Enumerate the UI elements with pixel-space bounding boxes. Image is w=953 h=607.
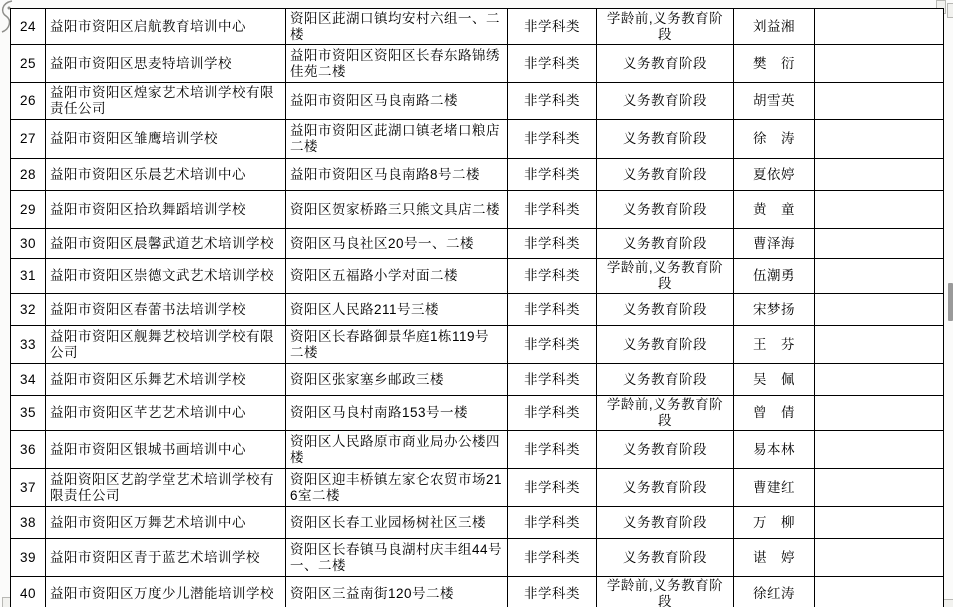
cell-address: 资阳区迎丰桥镇左家仑农贸市场216室二楼	[286, 469, 508, 507]
cell-category: 非学科类	[508, 191, 597, 229]
cell-education-stage: 义务教育阶段	[597, 364, 734, 396]
cell-note	[815, 9, 944, 45]
cell-institution-name: 益阳市资阳区舰舞艺校培训学校有限公司	[46, 326, 286, 364]
cell-address: 资阳区长春镇马良湖村庆丰组44号一、二楼	[286, 539, 508, 577]
cell-row-number: 27	[11, 120, 46, 159]
cell-person-name: 樊 衍	[734, 45, 815, 83]
cell-address: 资阳区长春工业园杨树社区三楼	[286, 507, 508, 539]
cell-category: 非学科类	[508, 507, 597, 539]
cell-education-stage: 义务教育阶段	[597, 159, 734, 191]
training-institutions-table: 24 益阳市资阳区启航教育培训中心 资阳区茈湖口镇均安村六组一、二楼 非学科类 …	[10, 8, 944, 607]
cell-row-number: 35	[11, 396, 46, 431]
cell-row-number: 24	[11, 9, 46, 45]
table-row: 29 益阳市资阳区拾玖舞蹈培训学校 资阳区贺家桥路三只熊文具店二楼 非学科类 义…	[11, 191, 944, 229]
table-row: 24 益阳市资阳区启航教育培训中心 资阳区茈湖口镇均安村六组一、二楼 非学科类 …	[11, 9, 944, 45]
cell-person-name: 胡雪英	[734, 83, 815, 120]
cell-address: 益阳市资阳区马良南路二楼	[286, 83, 508, 120]
cell-education-stage: 义务教育阶段	[597, 120, 734, 159]
cell-category: 非学科类	[508, 159, 597, 191]
cell-note	[815, 469, 944, 507]
table-row: 37 益阳资阳区艺韵学堂艺术培训学校有限责任公司 资阳区迎丰桥镇左家仑农贸市场2…	[11, 469, 944, 507]
cell-note	[815, 539, 944, 577]
cell-education-stage: 学龄前,义务教育阶段	[597, 396, 734, 431]
table-row: 35 益阳市资阳区芊艺艺术培训中心 资阳区马良村南路153号一楼 非学科类 学龄…	[11, 396, 944, 431]
cell-row-number: 33	[11, 326, 46, 364]
cell-education-stage: 义务教育阶段	[597, 191, 734, 229]
cell-category: 非学科类	[508, 539, 597, 577]
cell-institution-name: 益阳市资阳区万度少儿潜能培训学校	[46, 577, 286, 607]
cell-institution-name: 益阳市资阳区思麦特培训学校	[46, 45, 286, 83]
cell-education-stage: 义务教育阶段	[597, 45, 734, 83]
cell-education-stage: 学龄前,义务教育阶段	[597, 577, 734, 607]
cell-person-name: 王 芬	[734, 326, 815, 364]
document-page: 24 益阳市资阳区启航教育培训中心 资阳区茈湖口镇均安村六组一、二楼 非学科类 …	[0, 0, 953, 607]
table-row: 32 益阳市资阳区春蕾书法培训学校 资阳区人民路211号三楼 非学科类 义务教育…	[11, 294, 944, 326]
cell-education-stage: 学龄前,义务教育阶段	[597, 259, 734, 294]
cell-address: 资阳区马良村南路153号一楼	[286, 396, 508, 431]
cell-note	[815, 294, 944, 326]
cell-row-number: 32	[11, 294, 46, 326]
cell-address: 资阳区人民路211号三楼	[286, 294, 508, 326]
table-row: 30 益阳市资阳区晨馨武道艺术培训学校 资阳区马良社区20号一、二楼 非学科类 …	[11, 229, 944, 259]
cell-institution-name: 益阳市资阳区万舞艺术培训中心	[46, 507, 286, 539]
cell-note	[815, 83, 944, 120]
cell-note	[815, 45, 944, 83]
cell-person-name: 万 柳	[734, 507, 815, 539]
cell-address: 资阳区长春路御景华庭1栋119号二楼	[286, 326, 508, 364]
cell-education-stage: 义务教育阶段	[597, 294, 734, 326]
cell-row-number: 36	[11, 431, 46, 469]
cell-education-stage: 义务教育阶段	[597, 83, 734, 120]
cell-row-number: 26	[11, 83, 46, 120]
table-row: 34 益阳市资阳区乐舞艺术培训学校 资阳区张家塞乡邮政三楼 非学科类 义务教育阶…	[11, 364, 944, 396]
cell-note	[815, 364, 944, 396]
cell-category: 非学科类	[508, 577, 597, 607]
cell-person-name: 黄 童	[734, 191, 815, 229]
cell-address: 资阳区茈湖口镇均安村六组一、二楼	[286, 9, 508, 45]
cell-person-name: 曹泽海	[734, 229, 815, 259]
cell-institution-name: 益阳市资阳区崇德文武艺术培训学校	[46, 259, 286, 294]
cell-institution-name: 益阳市资阳区银城书画培训中心	[46, 431, 286, 469]
cell-education-stage: 学龄前,义务教育阶段	[597, 9, 734, 45]
cell-note	[815, 120, 944, 159]
cell-note	[815, 191, 944, 229]
cell-education-stage: 义务教育阶段	[597, 469, 734, 507]
cell-note	[815, 229, 944, 259]
cell-person-name: 吴 佩	[734, 364, 815, 396]
table-row: 36 益阳市资阳区银城书画培训中心 资阳区人民路原市商业局办公楼四楼 非学科类 …	[11, 431, 944, 469]
cell-person-name: 徐 涛	[734, 120, 815, 159]
table-row: 27 益阳市资阳区雏鹰培训学校 益阳市资阳区茈湖口镇老堵口粮店二楼 非学科类 义…	[11, 120, 944, 159]
cell-education-stage: 义务教育阶段	[597, 229, 734, 259]
cell-person-name: 谌 婷	[734, 539, 815, 577]
cell-person-name: 刘益湘	[734, 9, 815, 45]
cell-institution-name: 益阳资阳区艺韵学堂艺术培训学校有限责任公司	[46, 469, 286, 507]
table-row: 38 益阳市资阳区万舞艺术培训中心 资阳区长春工业园杨树社区三楼 非学科类 义务…	[11, 507, 944, 539]
cell-address: 资阳区三益南街120号二楼	[286, 577, 508, 607]
cell-address: 益阳市资阳区资阳区长春东路锦绣佳苑二楼	[286, 45, 508, 83]
cell-address: 资阳区五福路小学对面二楼	[286, 259, 508, 294]
cell-institution-name: 益阳市资阳区晨馨武道艺术培训学校	[46, 229, 286, 259]
cell-row-number: 37	[11, 469, 46, 507]
table-row: 33 益阳市资阳区舰舞艺校培训学校有限公司 资阳区长春路御景华庭1栋119号二楼…	[11, 326, 944, 364]
cell-person-name: 伍潮勇	[734, 259, 815, 294]
cell-institution-name: 益阳市资阳区拾玖舞蹈培训学校	[46, 191, 286, 229]
cell-category: 非学科类	[508, 259, 597, 294]
cell-category: 非学科类	[508, 229, 597, 259]
cell-note	[815, 326, 944, 364]
cell-person-name: 夏依婷	[734, 159, 815, 191]
cell-institution-name: 益阳市资阳区芊艺艺术培训中心	[46, 396, 286, 431]
cell-category: 非学科类	[508, 326, 597, 364]
cell-category: 非学科类	[508, 469, 597, 507]
table-row: 25 益阳市资阳区思麦特培训学校 益阳市资阳区资阳区长春东路锦绣佳苑二楼 非学科…	[11, 45, 944, 83]
cell-row-number: 39	[11, 539, 46, 577]
cell-education-stage: 义务教育阶段	[597, 431, 734, 469]
cell-category: 非学科类	[508, 45, 597, 83]
cell-person-name: 曹建红	[734, 469, 815, 507]
cell-address: 资阳区马良社区20号一、二楼	[286, 229, 508, 259]
cell-education-stage: 义务教育阶段	[597, 507, 734, 539]
cell-note	[815, 507, 944, 539]
cell-category: 非学科类	[508, 120, 597, 159]
cell-institution-name: 益阳市资阳区乐舞艺术培训学校	[46, 364, 286, 396]
table-row: 26 益阳市资阳区煌家艺术培训学校有限责任公司 益阳市资阳区马良南路二楼 非学科…	[11, 83, 944, 120]
cell-institution-name: 益阳市资阳区青于蓝艺术培训学校	[46, 539, 286, 577]
cell-category: 非学科类	[508, 83, 597, 120]
vertical-scrollbar-thumb[interactable]	[948, 283, 953, 321]
cell-category: 非学科类	[508, 431, 597, 469]
cell-education-stage: 义务教育阶段	[597, 326, 734, 364]
table-row: 31 益阳市资阳区崇德文武艺术培训学校 资阳区五福路小学对面二楼 非学科类 学龄…	[11, 259, 944, 294]
cell-address: 资阳区人民路原市商业局办公楼四楼	[286, 431, 508, 469]
cell-person-name: 徐红涛	[734, 577, 815, 607]
cell-institution-name: 益阳市资阳区煌家艺术培训学校有限责任公司	[46, 83, 286, 120]
cell-address: 资阳区贺家桥路三只熊文具店二楼	[286, 191, 508, 229]
cell-row-number: 40	[11, 577, 46, 607]
cell-note	[815, 159, 944, 191]
cell-row-number: 31	[11, 259, 46, 294]
top-right-fragment	[947, 3, 953, 18]
cell-note	[815, 259, 944, 294]
cell-person-name: 曾 倩	[734, 396, 815, 431]
cell-category: 非学科类	[508, 9, 597, 45]
cell-institution-name: 益阳市资阳区乐晨艺术培训中心	[46, 159, 286, 191]
cell-institution-name: 益阳市资阳区雏鹰培训学校	[46, 120, 286, 159]
cell-row-number: 34	[11, 364, 46, 396]
cell-row-number: 30	[11, 229, 46, 259]
cell-row-number: 29	[11, 191, 46, 229]
table-row: 40 益阳市资阳区万度少儿潜能培训学校 资阳区三益南街120号二楼 非学科类 学…	[11, 577, 944, 607]
cell-note	[815, 577, 944, 607]
cell-note	[815, 396, 944, 431]
cell-education-stage: 义务教育阶段	[597, 539, 734, 577]
cell-address: 益阳市资阳区马良南路8号二楼	[286, 159, 508, 191]
cell-address: 资阳区张家塞乡邮政三楼	[286, 364, 508, 396]
cell-category: 非学科类	[508, 364, 597, 396]
cell-address: 益阳市资阳区茈湖口镇老堵口粮店二楼	[286, 120, 508, 159]
cell-row-number: 25	[11, 45, 46, 83]
table-row: 39 益阳市资阳区青于蓝艺术培训学校 资阳区长春镇马良湖村庆丰组44号一、二楼 …	[11, 539, 944, 577]
cell-institution-name: 益阳市资阳区启航教育培训中心	[46, 9, 286, 45]
cell-row-number: 28	[11, 159, 46, 191]
cell-institution-name: 益阳市资阳区春蕾书法培训学校	[46, 294, 286, 326]
cell-person-name: 易本林	[734, 431, 815, 469]
cell-note	[815, 431, 944, 469]
cell-category: 非学科类	[508, 396, 597, 431]
cell-category: 非学科类	[508, 294, 597, 326]
cell-person-name: 宋梦扬	[734, 294, 815, 326]
table-row: 28 益阳市资阳区乐晨艺术培训中心 益阳市资阳区马良南路8号二楼 非学科类 义务…	[11, 159, 944, 191]
cell-row-number: 38	[11, 507, 46, 539]
